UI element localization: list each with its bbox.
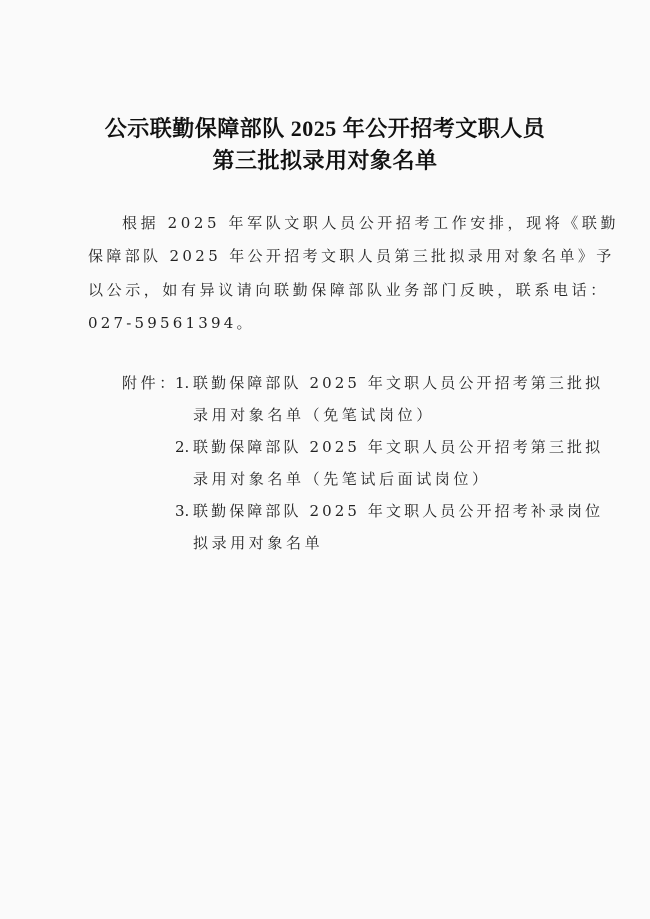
body-paragraph-line-2: 保障部队 2025 年公开招考文职人员第三批拟录用对象名单》予: [88, 246, 615, 266]
attachment-title-line-2: 录用对象名单（先笔试后面试岗位）: [193, 469, 491, 489]
attachments-label: 附件：: [122, 373, 178, 393]
attachment-number: 2.: [175, 437, 189, 457]
attachment-title-line-1: 联勤保障部队 2025 年文职人员公开招考第三批拟: [193, 373, 603, 393]
document-page: 公示联勤保障部队 2025 年公开招考文职人员 第三批拟录用对象名单 根据 20…: [0, 0, 650, 919]
body-paragraph-line-1: 根据 2025 年军队文职人员公开招考工作安排，现将《联勤: [122, 213, 619, 233]
document-title-line-1: 公示联勤保障部队 2025 年公开招考文职人员: [0, 114, 650, 144]
attachment-title-line-1: 联勤保障部队 2025 年文职人员公开招考补录岗位: [193, 501, 603, 521]
body-paragraph-line-3: 以公示，如有异议请向联勤保障部队业务部门反映，联系电话：: [88, 280, 609, 300]
attachment-number: 3.: [175, 501, 189, 521]
attachment-title-line-2: 录用对象名单（免笔试岗位）: [193, 405, 435, 425]
attachment-number: 1.: [175, 373, 189, 393]
attachment-title-line-2: 拟录用对象名单: [193, 533, 323, 553]
attachment-title-line-1: 联勤保障部队 2025 年文职人员公开招考第三批拟: [193, 437, 603, 457]
document-title-line-2: 第三批拟录用对象名单: [0, 146, 650, 176]
body-paragraph-line-4-phone: 027-59561394。: [88, 313, 255, 333]
